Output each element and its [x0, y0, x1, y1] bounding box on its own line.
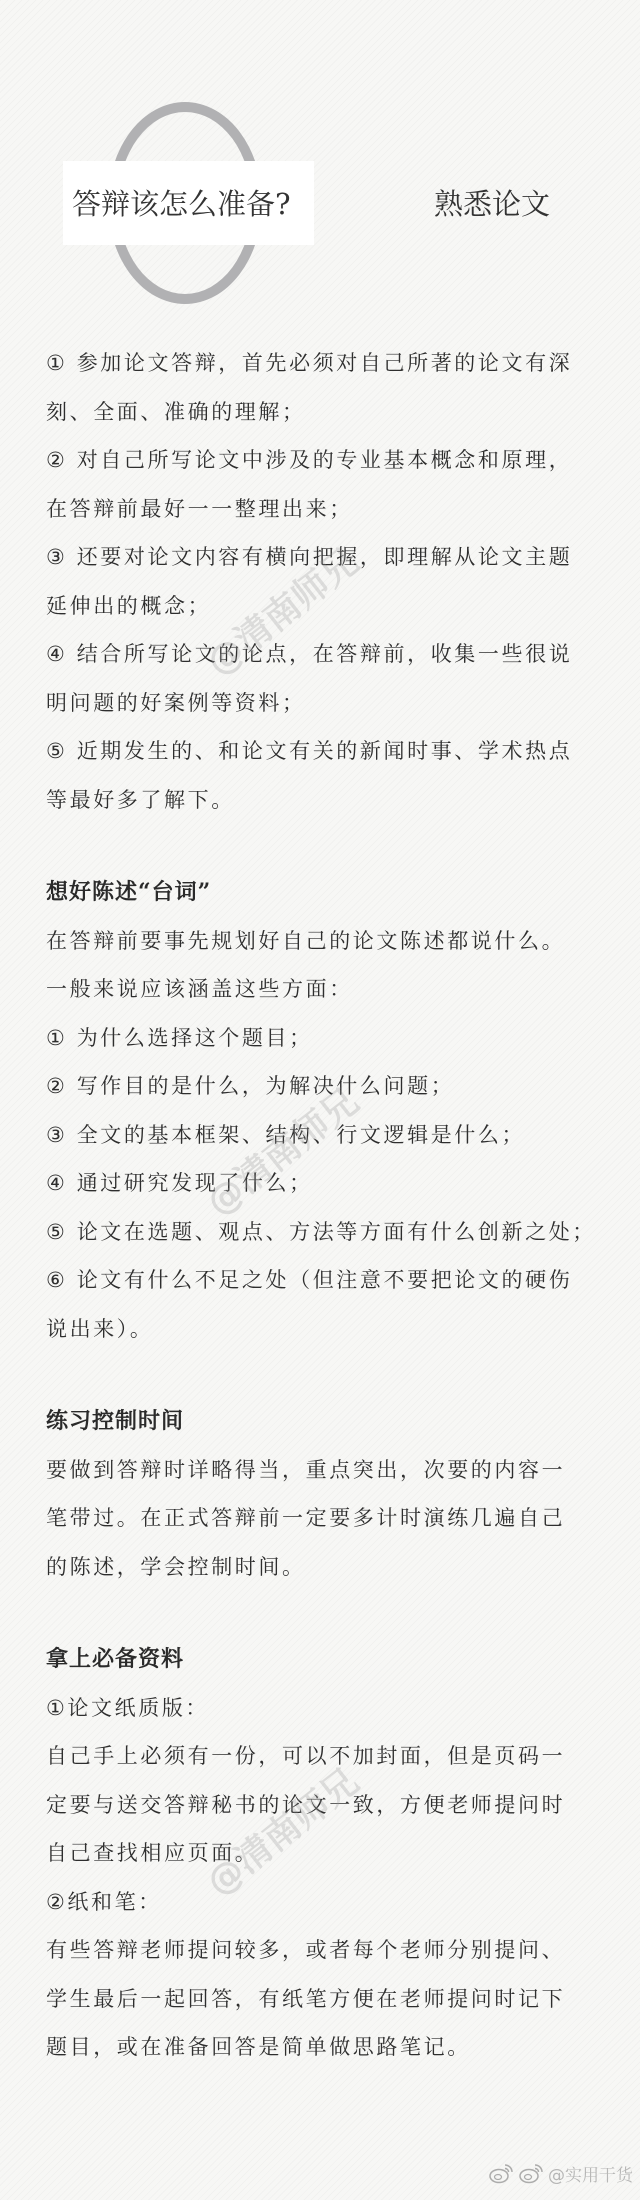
text-line: 在答辩前最好一一整理出来；	[46, 485, 616, 534]
footer-watermark: @实用干货	[488, 2160, 633, 2186]
text-line: ④ 通过研究发现了什么；	[46, 1159, 616, 1208]
text-line: ④ 结合所写论文的论点，在答辩前，收集一些很说	[46, 630, 616, 679]
weibo-icon	[518, 2162, 544, 2184]
header-banner: 答辩该怎么准备? 熟悉论文	[0, 0, 640, 320]
text-line: 自己手上必须有一份，可以不加封面，但是页码一	[46, 1732, 616, 1781]
section-bring-materials: 拿上必备资料 ①论文纸质版： 自己手上必须有一份，可以不加封面，但是页码一 定要…	[46, 1635, 616, 2072]
section-know-thesis: ① 参加论文答辩，首先必须对自己所著的论文有深 刻、全面、准确的理解； ② 对自…	[46, 339, 616, 824]
text-line: ① 为什么选择这个题目；	[46, 1014, 616, 1063]
text-line: 定要与送交答辩秘书的论文一致，方便老师提问时	[46, 1781, 616, 1830]
text-line: ③ 全文的基本框架、结构、行文逻辑是什么；	[46, 1111, 616, 1160]
text-line: ⑥ 论文有什么不足之处（但注意不要把论文的硬伤	[46, 1256, 616, 1305]
text-line: 一般来说应该涵盖这些方面：	[46, 965, 616, 1014]
text-line: 自己查找相应页面。	[46, 1829, 616, 1878]
text-line: ②纸和笔：	[46, 1878, 616, 1927]
section-heading: 想好陈述“台词”	[46, 868, 616, 917]
text-line: 延伸出的概念；	[46, 582, 616, 631]
text-line: 说出来）。	[46, 1305, 616, 1354]
weibo-icon	[488, 2162, 514, 2184]
article-body: ① 参加论文答辩，首先必须对自己所著的论文有深 刻、全面、准确的理解； ② 对自…	[46, 339, 616, 2072]
section-prepare-script: 想好陈述“台词” 在答辩前要事先规划好自己的论文陈述都说什么。 一般来说应该涵盖…	[46, 868, 616, 1353]
section-spacer	[46, 824, 616, 868]
text-line: 的陈述，学会控制时间。	[46, 1543, 616, 1592]
text-line: 学生最后一起回答，有纸笔方便在老师提问时记下	[46, 1975, 616, 2024]
text-line: ⑤ 论文在选题、观点、方法等方面有什么创新之处；	[46, 1208, 616, 1257]
section-title: 熟悉论文	[434, 183, 550, 225]
text-line: ③ 还要对论文内容有横向把握，即理解从论文主题	[46, 533, 616, 582]
section-practice-timing: 练习控制时间 要做到答辩时详略得当，重点突出，次要的内容一 笔带过。在正式答辩前…	[46, 1397, 616, 1591]
text-line: 明问题的好案例等资料；	[46, 679, 616, 728]
footer-watermark-text: @实用干货	[548, 2161, 633, 2186]
text-line: ① 参加论文答辩，首先必须对自己所著的论文有深	[46, 339, 616, 388]
text-line: 刻、全面、准确的理解；	[46, 388, 616, 437]
section-heading: 练习控制时间	[46, 1397, 616, 1446]
text-line: ①论文纸质版：	[46, 1684, 616, 1733]
text-line: 等最好多了解下。	[46, 776, 616, 825]
section-spacer	[46, 1353, 616, 1397]
text-line: 笔带过。在正式答辩前一定要多计时演练几遍自己	[46, 1494, 616, 1543]
text-line: ② 写作目的是什么，为解决什么问题；	[46, 1062, 616, 1111]
page-title: 答辩该怎么准备?	[72, 183, 312, 225]
text-line: 题目，或在准备回答是简单做思路笔记。	[46, 2023, 616, 2072]
text-line: 在答辩前要事先规划好自己的论文陈述都说什么。	[46, 917, 616, 966]
text-line: ② 对自己所写论文中涉及的专业基本概念和原理，	[46, 436, 616, 485]
section-spacer	[46, 1591, 616, 1635]
section-heading: 拿上必备资料	[46, 1635, 616, 1684]
text-line: 要做到答辩时详略得当，重点突出，次要的内容一	[46, 1446, 616, 1495]
text-line: ⑤ 近期发生的、和论文有关的新闻时事、学术热点	[46, 727, 616, 776]
text-line: 有些答辩老师提问较多，或者每个老师分别提问、	[46, 1926, 616, 1975]
